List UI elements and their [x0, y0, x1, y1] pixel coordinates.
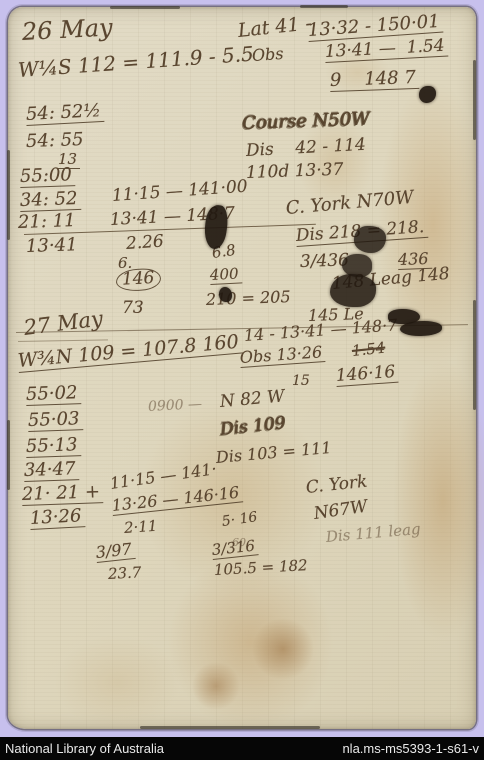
- ink-blot: [400, 321, 442, 336]
- obs-label: Obs: [251, 46, 284, 64]
- paper-edge-mark: [300, 5, 348, 8]
- ms-line: 54: 55: [26, 131, 84, 151]
- ms-line: 34·47: [24, 460, 79, 482]
- ms-line: 34: 52: [20, 190, 81, 212]
- ms-line: 13·26: [29, 507, 85, 530]
- ink-blot: [330, 274, 376, 307]
- paper-edge-mark: [7, 150, 10, 240]
- result-line: 9 148 7: [330, 69, 420, 92]
- ms-line: 1.54: [351, 341, 386, 359]
- ms-line: 0900 —: [148, 397, 203, 414]
- ms-line: 2·11: [123, 519, 157, 536]
- ms-line: 2.26: [125, 233, 164, 253]
- viewer-frame: 26 May Lat 41 - 13·32 - 150·01 Obs 13·41…: [0, 0, 484, 760]
- paper-edge-mark: [473, 300, 476, 410]
- ms-line: 400: [210, 266, 242, 285]
- paper-edge-mark: [140, 726, 320, 729]
- ms-line: 54: 52½: [25, 102, 104, 126]
- ms-line: 110d 13·37: [246, 162, 344, 182]
- ms-line: 73: [122, 300, 144, 317]
- paper-edge-mark: [110, 6, 180, 9]
- ms-line: 15: [292, 374, 310, 388]
- ms-line: 55·02: [26, 384, 81, 406]
- ms-line: 23.7: [108, 565, 142, 582]
- ms-line: 21: 11: [18, 212, 76, 232]
- ms-line: 13·41: [26, 236, 78, 256]
- course-line: Course N50W: [242, 111, 370, 133]
- ink-blot: [354, 226, 386, 253]
- ms-line: 21· 21 +: [22, 483, 104, 506]
- ms-line: 55:00: [20, 166, 76, 188]
- paper-edge-mark: [473, 60, 476, 140]
- footer-institution: National Library of Australia: [5, 741, 164, 756]
- footer-bar: National Library of Australia nla.ms-ms5…: [0, 737, 484, 760]
- ink-blot: [219, 287, 232, 302]
- ms-line: 55·13: [26, 436, 81, 458]
- paper-edge-mark: [7, 420, 10, 490]
- footer-image-id: nla.ms-ms5393-1-s61-v: [342, 741, 479, 756]
- entry-date: 26 May: [21, 15, 113, 44]
- ms-line: 55·03: [28, 410, 83, 432]
